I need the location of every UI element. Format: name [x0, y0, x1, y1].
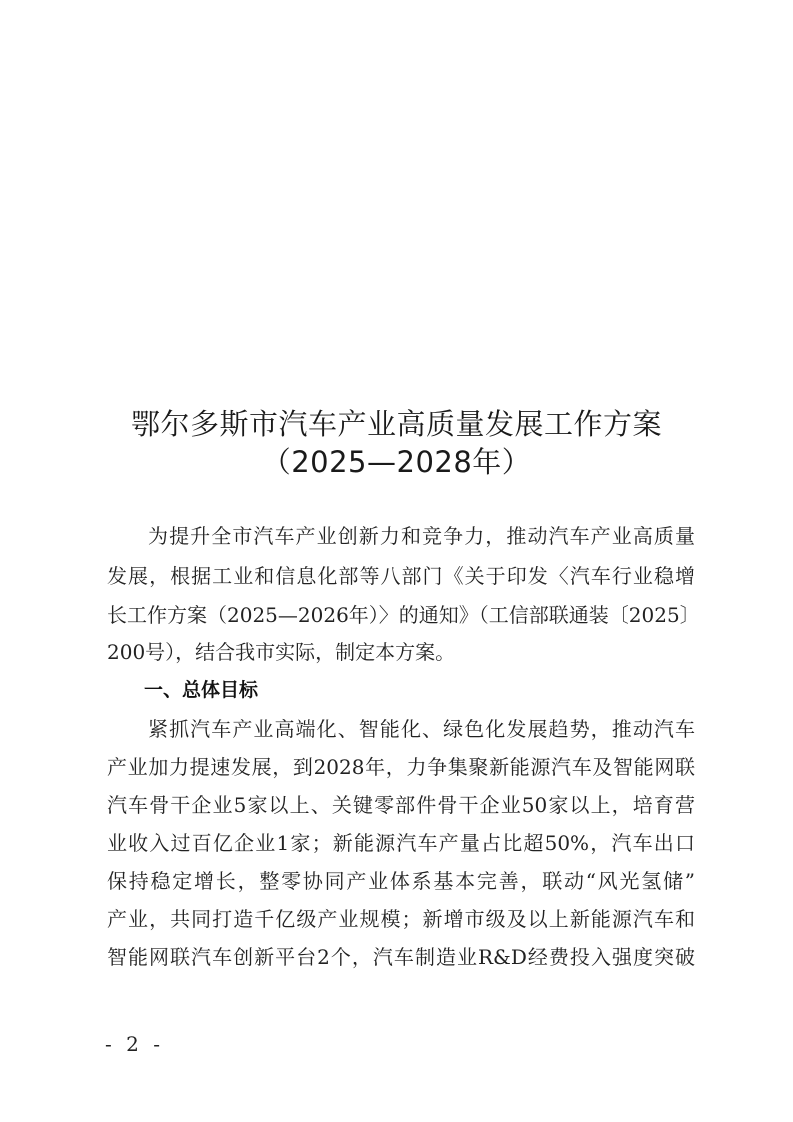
page-number: - 2 - — [105, 1032, 164, 1056]
document-title: 鄂尔多斯市汽车产业高质量发展工作方案 — [0, 402, 793, 443]
section-paragraph-line: 业收入过百亿企业1家；新能源汽车产量占比超50%，汽车出口 — [107, 831, 695, 855]
section-paragraph-line: 紧抓汽车产业高端化、智能化、绿色化发展趋势，推动汽车 — [148, 717, 695, 741]
intro-paragraph-line: 发展，根据工业和信息化部等八部门《关于印发〈汽车行业稳增 — [107, 564, 695, 588]
section-paragraph-line: 汽车骨干企业5家以上、关键零部件骨干企业50家以上，培育营 — [107, 793, 695, 817]
intro-paragraph-line: 200号），结合我市实际，制定本方案。 — [107, 640, 695, 664]
section-paragraph-line: 智能网联汽车创新平台2个，汽车制造业R&D经费投入强度突破 — [107, 945, 695, 969]
document-subtitle-years: （2025—2028年） — [0, 440, 793, 481]
section-heading-overall-goals: 一、总体目标 — [144, 678, 258, 702]
intro-paragraph-line: 为提升全市汽车产业创新力和竞争力，推动汽车产业高质量 — [148, 524, 695, 548]
section-paragraph-line: 产业加力提速发展，到2028年，力争集聚新能源汽车及智能网联 — [107, 755, 695, 779]
section-paragraph-line: 保持稳定增长，整零协同产业体系基本完善，联动“风光氢储” — [107, 869, 695, 893]
document-page: 鄂尔多斯市汽车产业高质量发展工作方案 （2025—2028年） 为提升全市汽车产… — [0, 0, 793, 1122]
intro-paragraph-line: 长工作方案（2025—2026年）〉的通知》（工信部联通装〔2025〕 — [107, 603, 695, 627]
section-paragraph-line: 产业，共同打造千亿级产业规模；新增市级及以上新能源汽车和 — [107, 907, 695, 931]
